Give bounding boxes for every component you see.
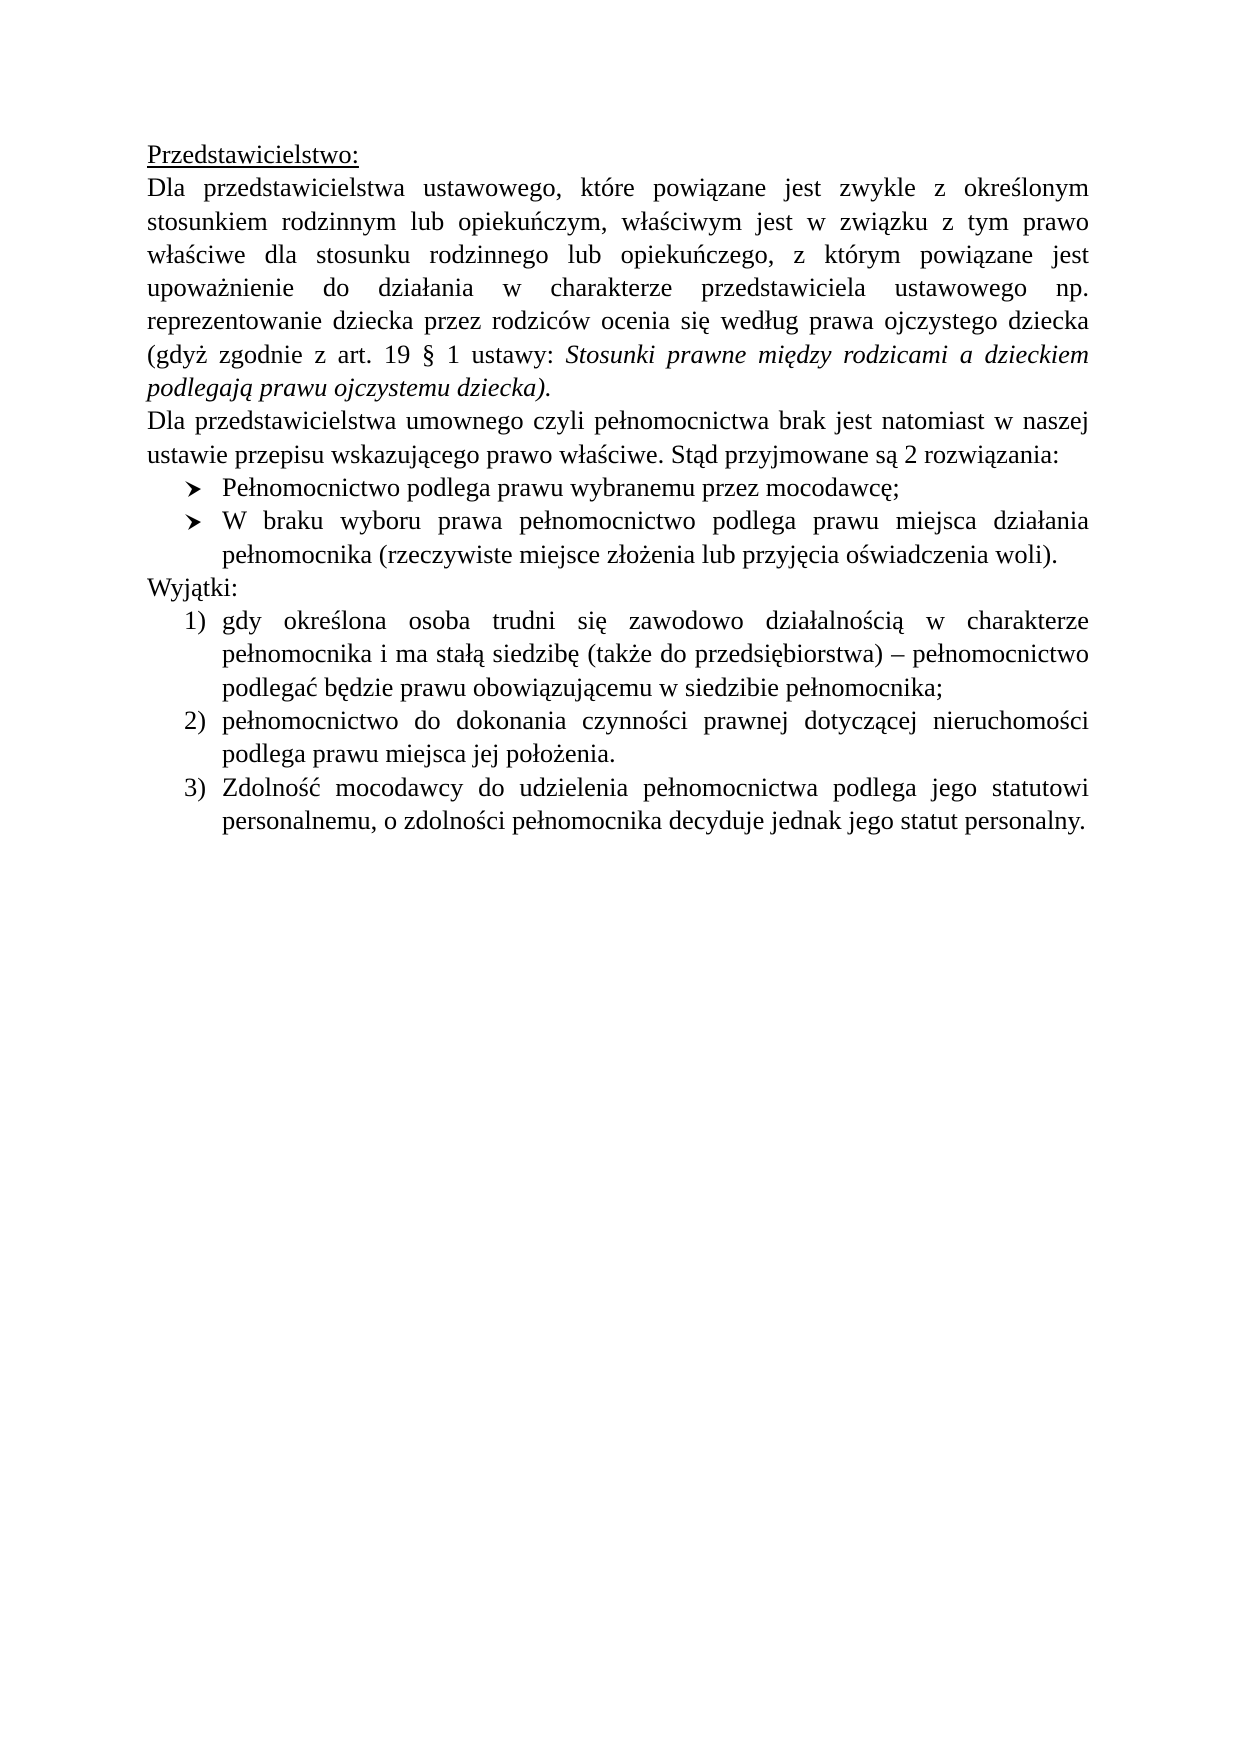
list-item-text: W braku wyboru prawa pełnomocnictwo podl… <box>222 504 1089 571</box>
list-item-text: Zdolność mocodawcy do udzielenia pełnomo… <box>222 771 1089 838</box>
list-item-text: gdy określona osoba trudni się zawodowo … <box>222 604 1089 704</box>
document-page: Przedstawicielstwo: Dla przedstawicielst… <box>147 138 1089 837</box>
list-item: 1) gdy określona osoba trudni się zawodo… <box>147 604 1089 704</box>
list-number: 3) <box>184 771 222 804</box>
exceptions-heading: Wyjątki: <box>147 571 1089 604</box>
paragraph-contractual-representation: Dla przedstawicielstwa umownego czyli pe… <box>147 404 1089 471</box>
arrow-bullet-icon <box>184 504 222 531</box>
list-item: Pełnomocnictwo podlega prawu wybranemu p… <box>147 471 1089 504</box>
list-item: 3) Zdolność mocodawcy do udzielenia pełn… <box>147 771 1089 838</box>
solutions-list: Pełnomocnictwo podlega prawu wybranemu p… <box>147 471 1089 571</box>
list-item-text: pełnomocnictwo do dokonania czynności pr… <box>222 704 1089 771</box>
list-item: 2) pełnomocnictwo do dokonania czynności… <box>147 704 1089 771</box>
arrow-bullet-icon <box>184 471 222 498</box>
list-item: W braku wyboru prawa pełnomocnictwo podl… <box>147 504 1089 571</box>
list-number: 2) <box>184 704 222 737</box>
exceptions-list: 1) gdy określona osoba trudni się zawodo… <box>147 604 1089 837</box>
paragraph-statutory-representation: Dla przedstawicielstwa ustawowego, które… <box>147 171 1089 404</box>
list-number: 1) <box>184 604 222 637</box>
section-title: Przedstawicielstwo: <box>147 138 1089 171</box>
list-item-text: Pełnomocnictwo podlega prawu wybranemu p… <box>222 471 1089 504</box>
